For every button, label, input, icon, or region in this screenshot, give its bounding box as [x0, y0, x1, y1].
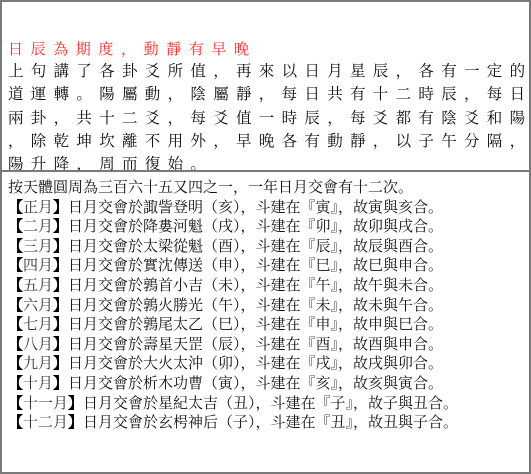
month-row: 【十月】日月交會於析木功曹（寅），斗建在『亥』，故亥與寅合。	[8, 374, 523, 394]
bracket-open: 【	[8, 217, 23, 235]
bracket-open: 【	[8, 354, 23, 372]
month-row: 【六月】日月交會於鶉火勝光（午），斗建在『未』，故未與午合。	[8, 296, 523, 316]
bracket-open: 【	[8, 237, 23, 255]
month-text: 日月交會於鶉首小吉（未），斗建在『午』，故午與未合。	[68, 276, 443, 294]
bracket-close: 】	[68, 394, 83, 412]
month-label: 四月	[23, 256, 53, 274]
bracket-close: 】	[53, 217, 68, 235]
month-text: 日月交會於實沈傳送（申），斗建在『巳』，故巳與申合。	[68, 256, 443, 274]
bracket-close: 】	[53, 335, 68, 353]
month-text: 日月交會於諏訾登明（亥），斗建在『寅』，故寅與亥合。	[68, 198, 443, 216]
month-row: 【九月】日月交會於大火太沖（卯），斗建在『戌』，故戌與卯合。	[8, 354, 523, 374]
bracket-open: 【	[8, 256, 23, 274]
paragraph-line: 兩卦，共十二爻，每爻值一時辰，每爻都有陰爻和陽爻	[8, 107, 520, 130]
month-label: 三月	[23, 237, 53, 255]
month-label: 十二月	[23, 413, 68, 431]
month-label: 十一月	[23, 394, 68, 412]
month-row: 【十一月】日月交會於星紀太吉（丑），斗建在『子』，故子與丑合。	[8, 394, 523, 414]
month-text: 日月交會於太梁從魁（酉），斗建在『辰』，故辰與酉合。	[68, 237, 443, 255]
month-row: 【三月】日月交會於太梁從魁（酉），斗建在『辰』，故辰與酉合。	[8, 237, 523, 257]
month-label: 二月	[23, 217, 53, 235]
month-label: 八月	[23, 335, 53, 353]
intro-text: 按天體圓周為三百六十五又四之一，一年日月交會有十二次。	[8, 178, 523, 198]
bracket-open: 【	[8, 374, 23, 392]
bracket-close: 】	[53, 237, 68, 255]
bracket-open: 【	[8, 198, 23, 216]
bracket-close: 】	[53, 198, 68, 216]
section-title: 日辰為期度，動靜有早晚	[8, 40, 257, 58]
month-text: 日月交會於玄枵神后（子），斗建在『丑』，故丑與子合。	[83, 413, 458, 431]
bracket-open: 【	[8, 315, 23, 333]
month-text: 日月交會於降婁河魁（戌），斗建在『卯』，故卯與戌合。	[68, 217, 443, 235]
commentary-section: 日辰為期度，動靜有早晚 上句講了各卦爻所值，再來以日月星辰，各有一定的軌 道運轉…	[2, 2, 529, 170]
month-text: 日月交會於壽星天罡（辰），斗建在『酉』，故酉與申合。	[68, 335, 443, 353]
month-text: 日月交會於星紀太吉（丑），斗建在『子』，故子與丑合。	[83, 394, 458, 412]
month-row: 【七月】日月交會於鶉尾太乙（巳），斗建在『申』，故申與巳合。	[8, 315, 523, 335]
month-label: 五月	[23, 276, 53, 294]
paragraph-line: 道運轉。陽屬動，陰屬靜，每日共有十二時辰，每日有	[8, 83, 520, 106]
paragraph-line: 陽升降，周而復始。	[8, 153, 520, 176]
bracket-close: 】	[53, 374, 68, 392]
month-row: 【二月】日月交會於降婁河魁（戌），斗建在『卯』，故卯與戌合。	[8, 217, 523, 237]
monthly-conjunction-section: 按天體圓周為三百六十五又四之一，一年日月交會有十二次。 【正月】日月交會於諏訾登…	[8, 178, 523, 433]
bracket-open: 【	[8, 394, 23, 412]
month-row: 【八月】日月交會於壽星天罡（辰），斗建在『酉』，故酉與申合。	[8, 335, 523, 355]
month-row: 【正月】日月交會於諏訾登明（亥），斗建在『寅』，故寅與亥合。	[8, 198, 523, 218]
bracket-open: 【	[8, 296, 23, 314]
bracket-open: 【	[8, 335, 23, 353]
bracket-close: 】	[53, 354, 68, 372]
month-row: 【十二月】日月交會於玄枵神后（子），斗建在『丑』，故丑與子合。	[8, 413, 523, 433]
section-divider	[2, 170, 529, 172]
month-row: 【五月】日月交會於鶉首小吉（未），斗建在『午』，故午與未合。	[8, 276, 523, 296]
bracket-open: 【	[8, 413, 23, 431]
month-text: 日月交會於鶉尾太乙（巳），斗建在『申』，故申與巳合。	[68, 315, 443, 333]
bracket-close: 】	[53, 296, 68, 314]
bracket-close: 】	[68, 413, 83, 431]
paragraph-line: 上句講了各卦爻所值，再來以日月星辰，各有一定的軌	[8, 60, 520, 83]
commentary-paragraph: 上句講了各卦爻所值，再來以日月星辰，各有一定的軌 道運轉。陽屬動，陰屬靜，每日共…	[8, 60, 520, 176]
month-label: 十月	[23, 374, 53, 392]
month-text: 日月交會於鶉火勝光（午），斗建在『未』，故未與午合。	[68, 296, 443, 314]
bracket-close: 】	[53, 256, 68, 274]
month-label: 七月	[23, 315, 53, 333]
month-text: 日月交會於析木功曹（寅），斗建在『亥』，故亥與寅合。	[68, 374, 443, 392]
bracket-close: 】	[53, 315, 68, 333]
document-frame: 日辰為期度，動靜有早晚 上句講了各卦爻所值，再來以日月星辰，各有一定的軌 道運轉…	[0, 0, 531, 474]
month-label: 正月	[23, 198, 53, 216]
month-text: 日月交會於大火太沖（卯），斗建在『戌』，故戌與卯合。	[68, 354, 443, 372]
paragraph-line: ，除乾坤坎離不用外，早晚各有動靜，以子午分隔，陰	[8, 130, 520, 153]
month-row: 【四月】日月交會於實沈傳送（申），斗建在『巳』，故巳與申合。	[8, 256, 523, 276]
month-label: 六月	[23, 296, 53, 314]
month-label: 九月	[23, 354, 53, 372]
bracket-open: 【	[8, 276, 23, 294]
bracket-close: 】	[53, 276, 68, 294]
